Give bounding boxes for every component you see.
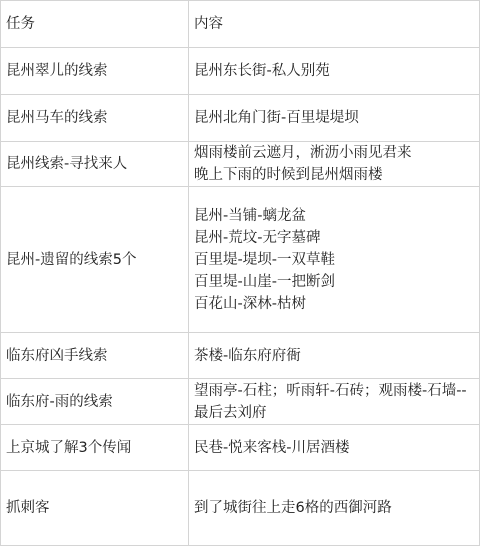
header-content: 内容 bbox=[189, 1, 480, 48]
table-header-row: 任务 内容 bbox=[1, 1, 480, 48]
task-cell: 昆州马车的线索 bbox=[1, 95, 189, 142]
table-row: 抓刺客 到了城街往上走6格的西御河路 bbox=[1, 471, 480, 546]
content-line: 烟雨楼前云遮月，淅沥小雨见君来 bbox=[194, 142, 479, 164]
content-line: 望雨亭-石柱；听雨轩-石砖；观雨楼-石墙--最后去刘府 bbox=[194, 380, 479, 424]
table-row: 昆州马车的线索 昆州北角门街-百里堤堤坝 bbox=[1, 95, 480, 142]
table-row: 昆州翠儿的线索 昆州东长街-私人别苑 bbox=[1, 48, 480, 95]
task-cell: 抓刺客 bbox=[1, 471, 189, 546]
task-cell: 昆州-遗留的线索5个 bbox=[1, 187, 189, 333]
content-cell: 昆州北角门街-百里堤堤坝 bbox=[189, 95, 480, 142]
table-row: 昆州线索-寻找来人 烟雨楼前云遮月，淅沥小雨见君来 晚上下雨的时候到昆州烟雨楼 bbox=[1, 142, 480, 187]
content-cell: 烟雨楼前云遮月，淅沥小雨见君来 晚上下雨的时候到昆州烟雨楼 bbox=[189, 142, 480, 187]
content-line: 民巷-悦来客栈-川居酒楼 bbox=[194, 437, 479, 459]
task-cell: 临东府-雨的线索 bbox=[1, 379, 189, 425]
quest-table: 任务 内容 昆州翠儿的线索 昆州东长街-私人别苑 昆州马车的线索 昆州北角门街-… bbox=[0, 0, 480, 546]
table-row: 临东府凶手线索 茶楼-临东府府衙 bbox=[1, 333, 480, 379]
content-cell: 昆州-当铺-螭龙盆 昆州-荒坟-无字墓碑 百里堤-堤坝-一双草鞋 百里堤-山崖-… bbox=[189, 187, 480, 333]
content-cell: 民巷-悦来客栈-川居酒楼 bbox=[189, 425, 480, 471]
content-line: 昆州-当铺-螭龙盆 bbox=[194, 205, 479, 227]
table-row: 临东府-雨的线索 望雨亭-石柱；听雨轩-石砖；观雨楼-石墙--最后去刘府 bbox=[1, 379, 480, 425]
table-row: 昆州-遗留的线索5个 昆州-当铺-螭龙盆 昆州-荒坟-无字墓碑 百里堤-堤坝-一… bbox=[1, 187, 480, 333]
content-line: 百里堤-山崖-一把断剑 bbox=[194, 271, 479, 293]
content-cell: 望雨亭-石柱；听雨轩-石砖；观雨楼-石墙--最后去刘府 bbox=[189, 379, 480, 425]
content-cell: 到了城街往上走6格的西御河路 bbox=[189, 471, 480, 546]
task-cell: 临东府凶手线索 bbox=[1, 333, 189, 379]
content-line: 昆州-荒坟-无字墓碑 bbox=[194, 227, 479, 249]
task-cell: 上京城了解3个传闻 bbox=[1, 425, 189, 471]
content-line: 到了城街往上走6格的西御河路 bbox=[194, 497, 479, 519]
content-line: 昆州东长街-私人别苑 bbox=[194, 60, 479, 82]
content-line: 晚上下雨的时候到昆州烟雨楼 bbox=[194, 164, 479, 186]
table-row: 上京城了解3个传闻 民巷-悦来客栈-川居酒楼 bbox=[1, 425, 480, 471]
content-cell: 茶楼-临东府府衙 bbox=[189, 333, 480, 379]
content-line: 昆州北角门街-百里堤堤坝 bbox=[194, 107, 479, 129]
task-cell: 昆州线索-寻找来人 bbox=[1, 142, 189, 187]
content-line: 茶楼-临东府府衙 bbox=[194, 345, 479, 367]
content-line: 百里堤-堤坝-一双草鞋 bbox=[194, 249, 479, 271]
header-task: 任务 bbox=[1, 1, 189, 48]
task-cell: 昆州翠儿的线索 bbox=[1, 48, 189, 95]
content-cell: 昆州东长街-私人别苑 bbox=[189, 48, 480, 95]
content-line: 百花山-深林-枯树 bbox=[194, 293, 479, 315]
